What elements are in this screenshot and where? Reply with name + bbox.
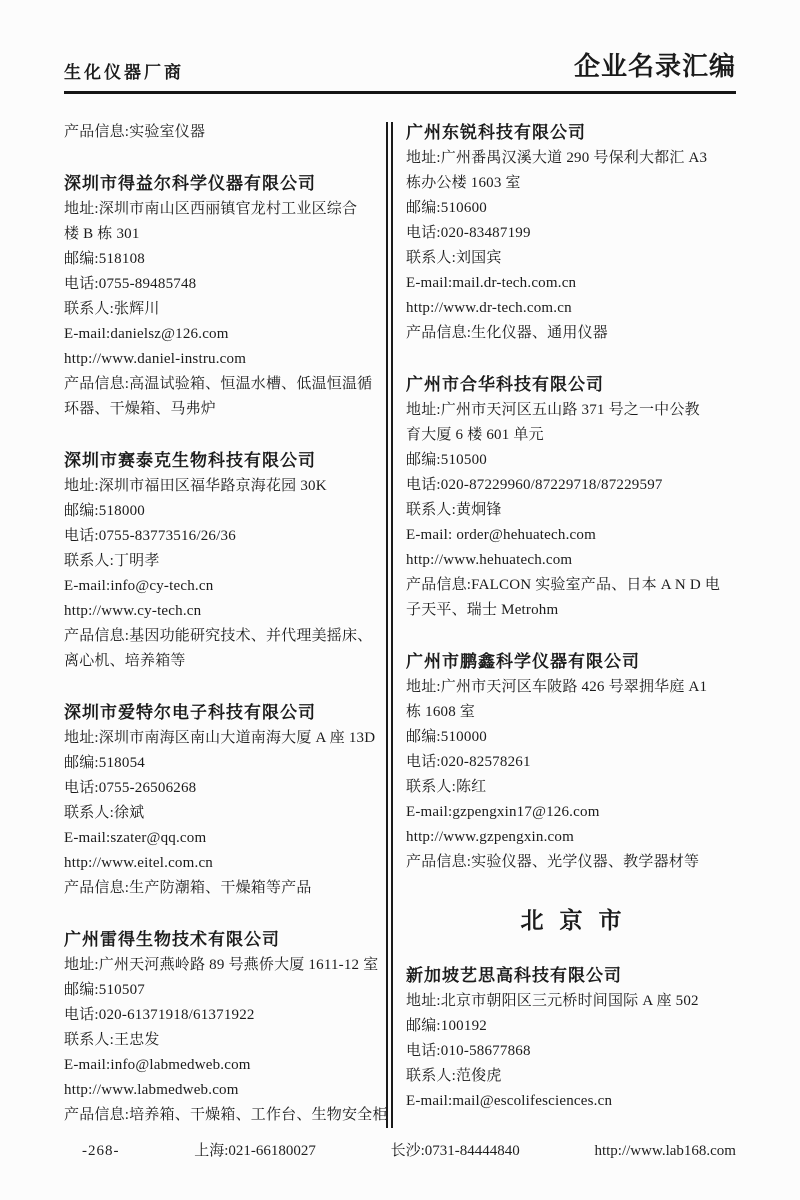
detail-line: 育大厦 6 楼 601 单元 xyxy=(406,423,736,448)
company-name: 广州东锐科技有限公司 xyxy=(406,120,736,146)
detail-line: E-mail:info@labmedweb.com xyxy=(64,1053,380,1078)
column-divider-rule xyxy=(386,122,393,1128)
detail-line: 子天平、瑞士 Metrohm xyxy=(406,598,736,623)
company-entry: 广州市合华科技有限公司地址:广州市天河区五山路 371 号之一中公教育大厦 6 … xyxy=(406,372,736,623)
company-entry: 深圳市赛泰克生物科技有限公司地址:深圳市福田区福华路京海花园 30K邮编:518… xyxy=(64,448,380,674)
detail-line: 电话:020-61371918/61371922 xyxy=(64,1003,380,1028)
footer-contact-changsha: 长沙:0731-84444840 xyxy=(391,1139,520,1160)
detail-line: 地址:深圳市南海区南山大道南海大厦 A 座 13D xyxy=(64,726,380,751)
detail-line: E-mail: order@hehuatech.com xyxy=(406,523,736,548)
detail-line: 产品信息:生产防潮箱、干燥箱等产品 xyxy=(64,876,380,901)
company-entry: 广州市鹏鑫科学仪器有限公司地址:广州市天河区车陂路 426 号翠拥华庭 A1栋 … xyxy=(406,649,736,875)
company-entry: 新加坡艺思高科技有限公司地址:北京市朝阳区三元桥时间国际 A 座 502邮编:1… xyxy=(406,963,736,1114)
detail-line: 地址:深圳市南山区西丽镇官龙村工业区综合 xyxy=(64,197,380,222)
company-name: 广州市鹏鑫科学仪器有限公司 xyxy=(406,649,736,675)
detail-line: 邮编:510507 xyxy=(64,978,380,1003)
company-name: 深圳市得益尔科学仪器有限公司 xyxy=(64,171,380,197)
company-name: 深圳市爱特尔电子科技有限公司 xyxy=(64,700,380,726)
detail-line: http://www.eitel.com.cn xyxy=(64,851,380,876)
directory-columns: 产品信息:实验室仪器深圳市得益尔科学仪器有限公司地址:深圳市南山区西丽镇官龙村工… xyxy=(64,120,736,1128)
detail-line: 产品信息:实验仪器、光学仪器、教学器材等 xyxy=(406,850,736,875)
company-name: 深圳市赛泰克生物科技有限公司 xyxy=(64,448,380,474)
detail-line: 电话:0755-26506268 xyxy=(64,776,380,801)
detail-line: 邮编:518054 xyxy=(64,751,380,776)
detail-line: 联系人:丁明孝 xyxy=(64,549,380,574)
detail-line: 栋 1608 室 xyxy=(406,700,736,725)
detail-line: E-mail:mail.dr-tech.com.cn xyxy=(406,271,736,296)
detail-line: E-mail:info@cy-tech.cn xyxy=(64,574,380,599)
detail-line: 产品信息:实验室仪器 xyxy=(64,120,380,145)
continuation-entry: 产品信息:实验室仪器 xyxy=(64,120,380,145)
detail-line: 栋办公楼 1603 室 xyxy=(406,171,736,196)
detail-line: 产品信息:生化仪器、通用仪器 xyxy=(406,321,736,346)
city-section-heading: 北京市 xyxy=(406,905,736,937)
company-name: 新加坡艺思高科技有限公司 xyxy=(406,963,736,989)
book-title: 企业名录汇编 xyxy=(574,46,736,83)
detail-line: 产品信息:FALCON 实验室产品、日本 A N D 电 xyxy=(406,573,736,598)
directory-page: 生化仪器厂商 企业名录汇编 产品信息:实验室仪器深圳市得益尔科学仪器有限公司地址… xyxy=(0,0,800,1200)
detail-line: 邮编:510000 xyxy=(406,725,736,750)
detail-line: 邮编:510500 xyxy=(406,448,736,473)
footer-contact-shanghai: 上海:021-66180027 xyxy=(194,1139,316,1160)
detail-line: 邮编:100192 xyxy=(406,1014,736,1039)
detail-line: 楼 B 栋 301 xyxy=(64,222,380,247)
company-entry: 深圳市得益尔科学仪器有限公司地址:深圳市南山区西丽镇官龙村工业区综合楼 B 栋 … xyxy=(64,171,380,422)
detail-line: 地址:广州市天河区五山路 371 号之一中公教 xyxy=(406,398,736,423)
detail-line: 联系人:范俊虎 xyxy=(406,1064,736,1089)
detail-line: 产品信息:培养箱、干燥箱、工作台、生物安全柜 xyxy=(64,1103,380,1128)
detail-line: 产品信息:高温试验箱、恒温水槽、低温恒温循 xyxy=(64,372,380,397)
detail-line: 电话:0755-89485748 xyxy=(64,272,380,297)
detail-line: 邮编:518000 xyxy=(64,499,380,524)
page-footer: -268- 上海:021-66180027 长沙:0731-84444840 h… xyxy=(64,1139,736,1160)
detail-line: 电话:010-58677868 xyxy=(406,1039,736,1064)
detail-line: http://www.labmedweb.com xyxy=(64,1078,380,1103)
detail-line: 地址:广州天河燕岭路 89 号燕侨大厦 1611-12 室 xyxy=(64,953,380,978)
detail-line: http://www.gzpengxin.com xyxy=(406,825,736,850)
detail-line: http://www.dr-tech.com.cn xyxy=(406,296,736,321)
detail-line: http://www.hehuatech.com xyxy=(406,548,736,573)
detail-line: 电话:020-87229960/87229718/87229597 xyxy=(406,473,736,498)
detail-line: 联系人:王忠发 xyxy=(64,1028,380,1053)
company-entry: 广州雷得生物技术有限公司地址:广州天河燕岭路 89 号燕侨大厦 1611-12 … xyxy=(64,927,380,1128)
company-name: 广州雷得生物技术有限公司 xyxy=(64,927,380,953)
detail-line: http://www.daniel-instru.com xyxy=(64,347,380,372)
page-number: -268- xyxy=(82,1143,120,1160)
detail-line: 电话:0755-83773516/26/36 xyxy=(64,524,380,549)
company-entry: 深圳市爱特尔电子科技有限公司地址:深圳市南海区南山大道南海大厦 A 座 13D邮… xyxy=(64,700,380,901)
footer-website-url: http://www.lab168.com xyxy=(594,1143,736,1160)
detail-line: 地址:深圳市福田区福华路京海花园 30K xyxy=(64,474,380,499)
detail-line: 邮编:510600 xyxy=(406,196,736,221)
detail-line: 电话:020-83487199 xyxy=(406,221,736,246)
detail-line: 地址:广州市天河区车陂路 426 号翠拥华庭 A1 xyxy=(406,675,736,700)
detail-line: 联系人:陈红 xyxy=(406,775,736,800)
detail-line: 联系人:徐斌 xyxy=(64,801,380,826)
detail-line: 邮编:518108 xyxy=(64,247,380,272)
left-column: 产品信息:实验室仪器深圳市得益尔科学仪器有限公司地址:深圳市南山区西丽镇官龙村工… xyxy=(64,120,386,1128)
right-column: 广州东锐科技有限公司地址:广州番禺汉溪大道 290 号保利大都汇 A3栋办公楼 … xyxy=(393,120,736,1128)
detail-line: 环器、干燥箱、马弗炉 xyxy=(64,397,380,422)
detail-line: E-mail:mail@escolifesciences.cn xyxy=(406,1089,736,1114)
detail-line: 电话:020-82578261 xyxy=(406,750,736,775)
detail-line: 地址:北京市朝阳区三元桥时间国际 A 座 502 xyxy=(406,989,736,1014)
company-name: 广州市合华科技有限公司 xyxy=(406,372,736,398)
detail-line: 联系人:张辉川 xyxy=(64,297,380,322)
section-title: 生化仪器厂商 xyxy=(64,58,184,83)
detail-line: 离心机、培养箱等 xyxy=(64,649,380,674)
detail-line: 联系人:黄炯锋 xyxy=(406,498,736,523)
detail-line: E-mail:gzpengxin17@126.com xyxy=(406,800,736,825)
detail-line: E-mail:danielsz@126.com xyxy=(64,322,380,347)
page-header: 生化仪器厂商 企业名录汇编 xyxy=(64,0,736,94)
detail-line: http://www.cy-tech.cn xyxy=(64,599,380,624)
detail-line: 地址:广州番禺汉溪大道 290 号保利大都汇 A3 xyxy=(406,146,736,171)
detail-line: 联系人:刘国宾 xyxy=(406,246,736,271)
detail-line: E-mail:szater@qq.com xyxy=(64,826,380,851)
detail-line: 产品信息:基因功能研究技术、并代理美摇床、 xyxy=(64,624,380,649)
company-entry: 广州东锐科技有限公司地址:广州番禺汉溪大道 290 号保利大都汇 A3栋办公楼 … xyxy=(406,120,736,346)
